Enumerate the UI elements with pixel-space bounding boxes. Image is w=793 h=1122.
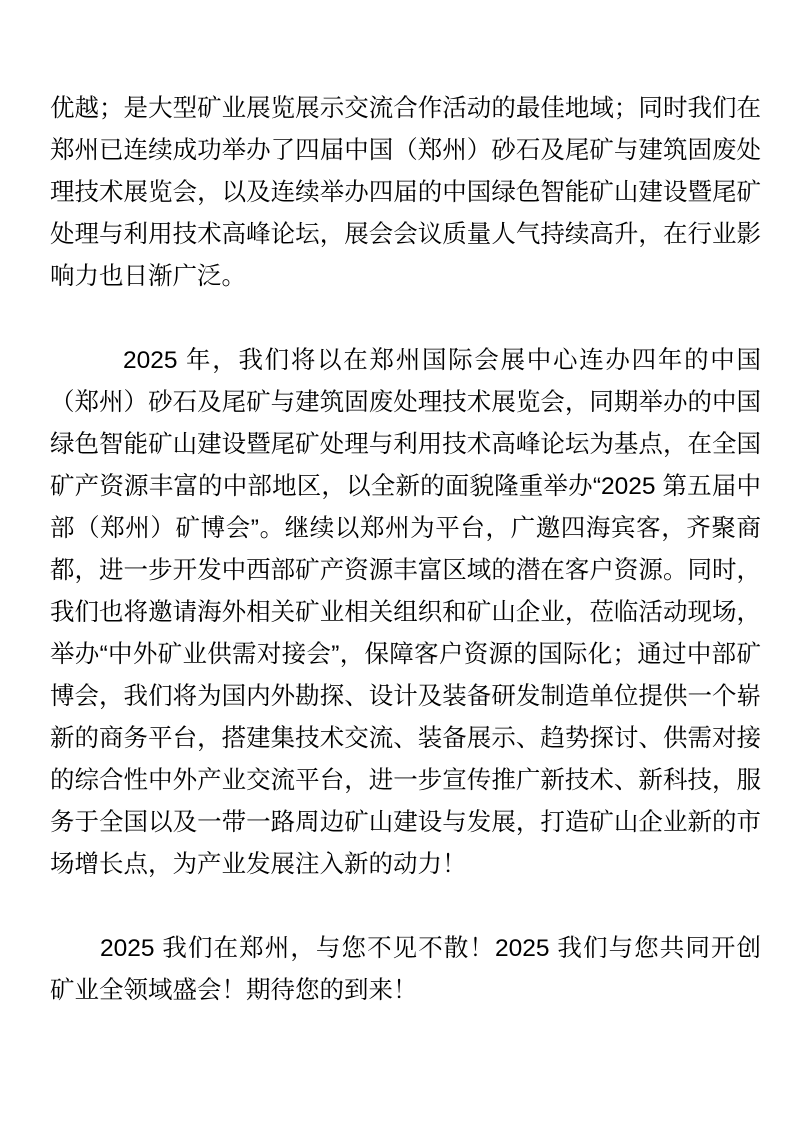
paragraph-2025-expo-plan: 2025 年，我们将以在郑州国际会展中心连办四年的中国（郑州）砂石及尾矿与建筑固… (50, 340, 761, 886)
paragraph-continued-overview: 优越；是大型矿业展览展示交流合作活动的最佳地域；同时我们在郑州已连续成功举办了四… (50, 88, 761, 298)
paragraph-closing-invitation: 2025 我们在郑州，与您不见不散！2025 我们与您共同开创矿业全领域盛会！期… (50, 928, 761, 1012)
document-page: 优越；是大型矿业展览展示交流合作活动的最佳地域；同时我们在郑州已连续成功举办了四… (0, 0, 793, 1122)
